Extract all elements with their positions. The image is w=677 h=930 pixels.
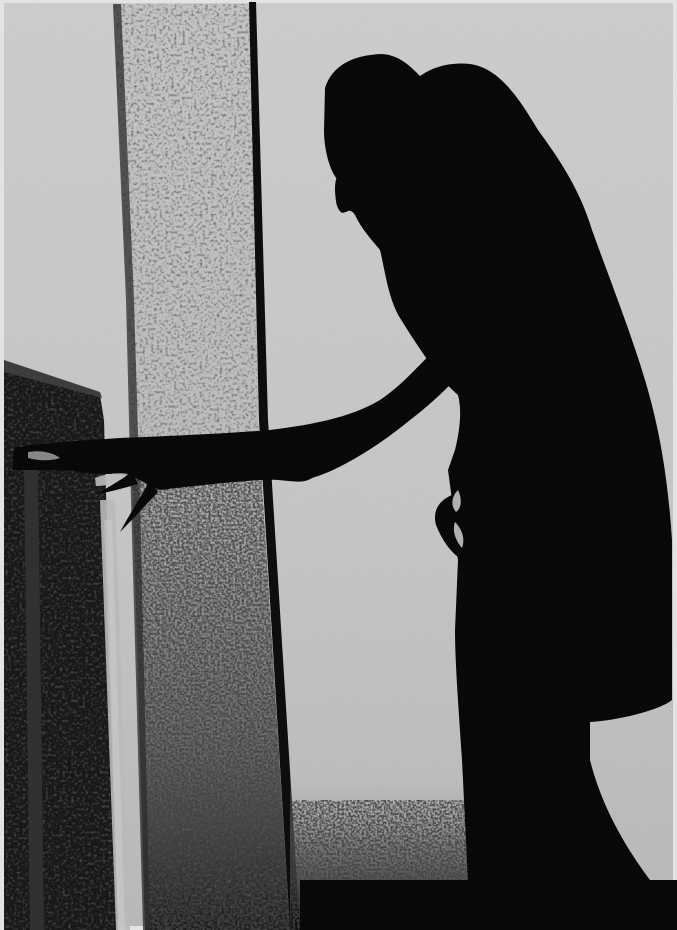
photo-canvas bbox=[0, 0, 677, 930]
photograph: Silhouette of a hunched figure reaching … bbox=[0, 0, 677, 930]
